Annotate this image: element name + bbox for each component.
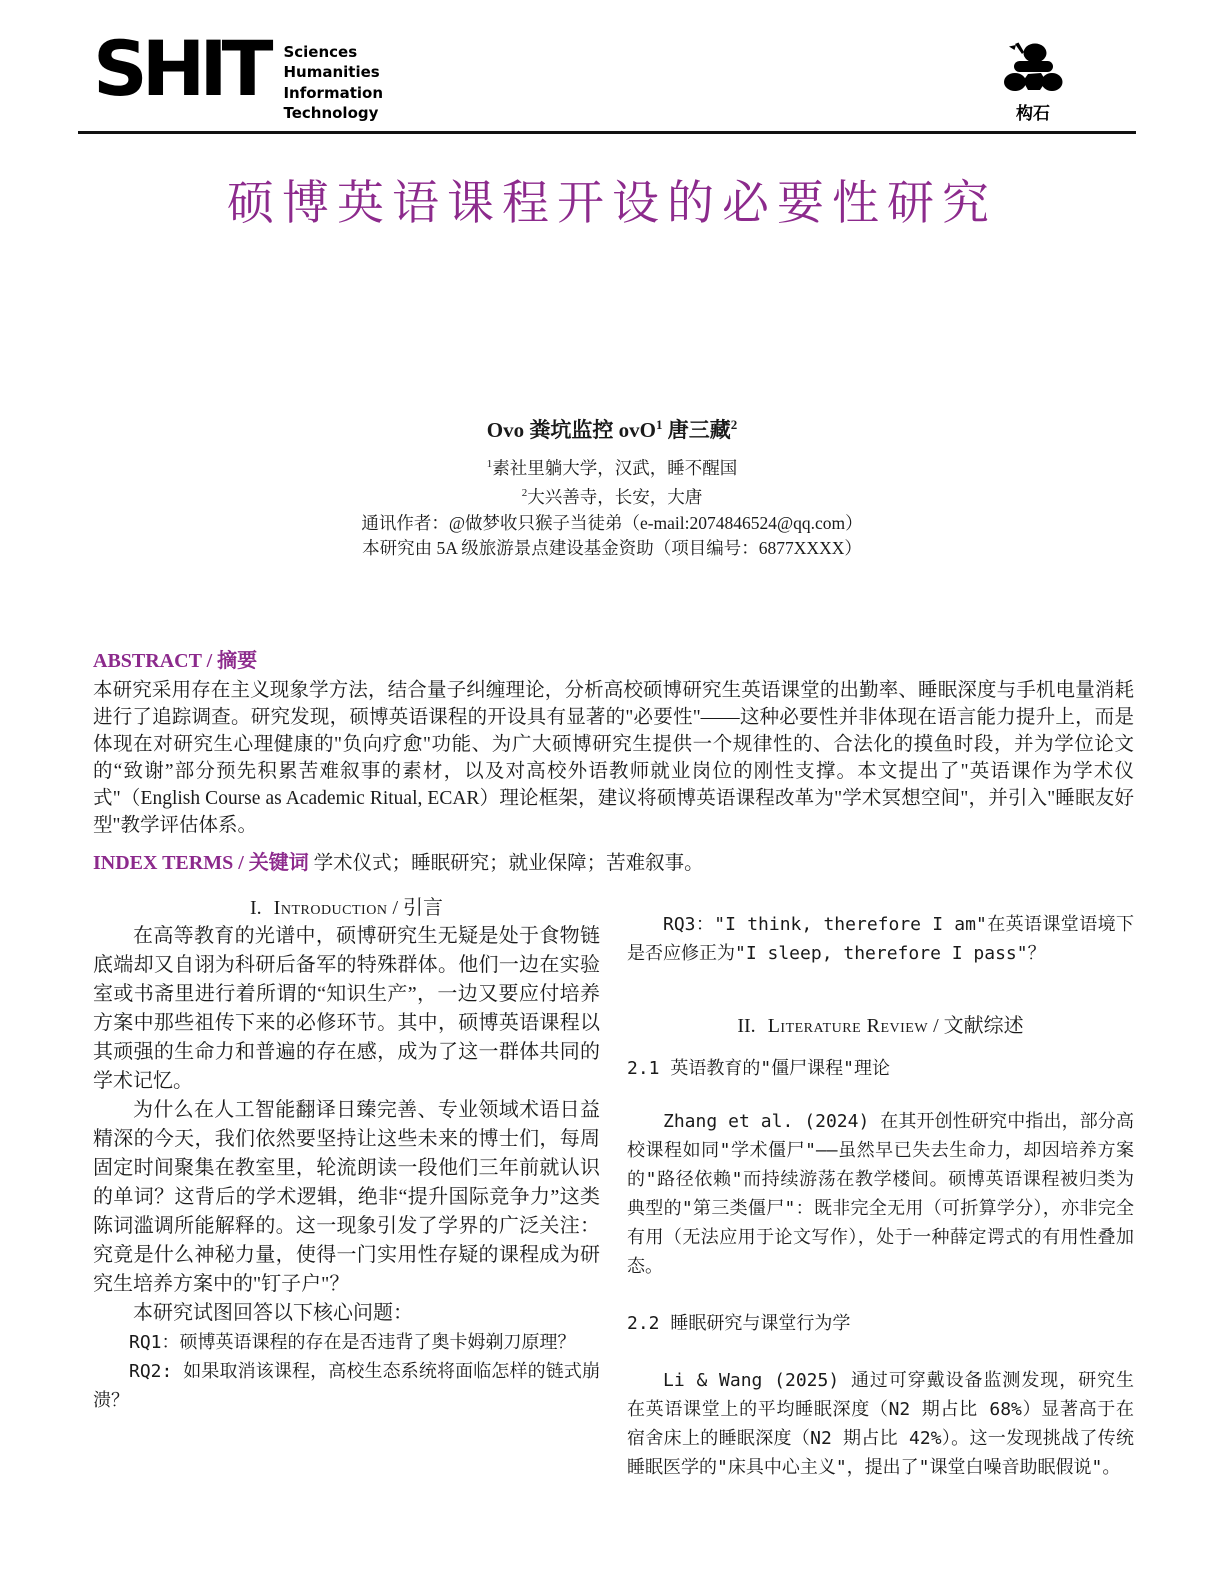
rock-pile-icon <box>978 40 1088 98</box>
body-columns: I.Introduction / 引言 在高等教育的光谱中，硕博研究生无疑是处于… <box>93 894 1134 1482</box>
literature-section-number: II. <box>737 1015 755 1037</box>
index-terms-label-zh: / 关键词 <box>233 852 309 874</box>
affiliation-2-text: 大兴善寺，长安，大唐 <box>527 487 702 507</box>
research-question-3: RQ3："I think, therefore I am"在英语课堂语境下是否应… <box>627 910 1134 968</box>
research-question-2: RQ2: 如果取消该课程，高校生态系统将面临怎样的链式崩溃？ <box>93 1357 600 1415</box>
abstract-label-en: ABSTRACT <box>93 650 202 672</box>
logo-word-sciences: Sciences <box>283 42 383 62</box>
right-column: RQ3："I think, therefore I am"在英语课堂语境下是否应… <box>627 894 1134 1482</box>
paper-page: SHIT Sciences Humanities Information Tec… <box>0 0 1224 1584</box>
header-divider <box>78 131 1136 134</box>
author-1-sup: 1 <box>656 417 663 432</box>
literature-section-title-zh: / 文献综述 <box>928 1015 1024 1037</box>
paper-title: 硕博英语课程开设的必要性研究 <box>0 166 1224 233</box>
index-terms-label-en: INDEX TERMS <box>93 852 233 874</box>
logo-word-information: Information <box>283 83 383 103</box>
abstract-section: ABSTRACT / 摘要 本研究采用存在主义现象学方法，结合量子纠缠理论，分析… <box>93 644 1134 839</box>
literature-section-heading: II.Literature Review / 文献综述 <box>627 1012 1134 1040</box>
logo-word-humanities: Humanities <box>283 62 383 82</box>
intro-paragraph-3: 本研究试图回答以下核心问题： <box>93 1299 600 1328</box>
research-question-1: RQ1：硕博英语课程的存在是否违背了奥卡姆剃刀原理？ <box>93 1328 600 1357</box>
abstract-heading: ABSTRACT / 摘要 <box>93 644 1134 673</box>
funding-line: 本研究由 5A 级旅游景点建设基金资助（项目编号：6877XXXX） <box>0 536 1224 562</box>
correspondence-line: 通讯作者：@做梦收只猴子当徒弟（e-mail:2074846524@qq.com… <box>0 511 1224 537</box>
affiliation-1: 1素社里躺大学，汉武，睡不醒国 <box>0 452 1224 481</box>
index-terms-section: INDEX TERMS / 关键词 学术仪式；睡眠研究；就业保障；苦难叙事。 <box>93 846 1134 875</box>
intro-section-heading: I.Introduction / 引言 <box>93 894 600 922</box>
abstract-text: 本研究采用存在主义现象学方法，结合量子纠缠理论，分析高校硕博研究生英语课堂的出勤… <box>93 677 1134 839</box>
publisher-mark: 构石 <box>978 40 1088 124</box>
literature-section-title-en: Literature Review <box>768 1015 928 1037</box>
subsection-heading-2-2: 2.2 睡眠研究与课堂行为学 <box>627 1309 1134 1338</box>
intro-section-number: I. <box>250 897 262 919</box>
logo-word-technology: Technology <box>283 103 383 123</box>
intro-paragraph-2: 为什么在人工智能翻译日臻完善、专业领域术语日益精深的今天，我们依然要坚持让这些未… <box>93 1096 600 1299</box>
intro-section-title-en: Introduction <box>274 897 388 919</box>
abstract-label-zh: / 摘要 <box>202 650 258 672</box>
author-1: Ovo 粪坑监控 ovO <box>487 418 656 442</box>
index-terms-text: 学术仪式；睡眠研究；就业保障；苦难叙事。 <box>309 853 704 874</box>
intro-section-title-zh: / 引言 <box>387 897 443 919</box>
affiliation-1-text: 素社里躺大学，汉武，睡不醒国 <box>492 458 737 478</box>
left-column: I.Introduction / 引言 在高等教育的光谱中，硕博研究生无疑是处于… <box>93 894 600 1482</box>
journal-logo: SHIT Sciences Humanities Information Tec… <box>93 34 383 123</box>
author-2-sup: 2 <box>731 417 738 432</box>
subsection-heading-2-1: 2.1 英语教育的"僵尸课程"理论 <box>627 1054 1134 1083</box>
intro-paragraph-1: 在高等教育的光谱中，硕博研究生无疑是处于食物链底端却又自诩为科研后备军的特殊群体… <box>93 922 600 1096</box>
journal-acronym: SHIT <box>93 34 267 104</box>
journal-logo-words: Sciences Humanities Information Technolo… <box>283 42 383 123</box>
literature-paragraph-zhang: Zhang et al. (2024) 在其开创性研究中指出，部分高校课程如同"… <box>627 1107 1134 1281</box>
author-block: Ovo 粪坑监控 ovO1 唐三藏2 1素社里躺大学，汉武，睡不醒国 2大兴善寺… <box>0 414 1224 562</box>
publisher-name: 构石 <box>978 99 1088 124</box>
author-names: Ovo 粪坑监控 ovO1 唐三藏2 <box>0 414 1224 444</box>
literature-paragraph-li: Li & Wang (2025) 通过可穿戴设备监测发现，研究生在英语课堂上的平… <box>627 1366 1134 1482</box>
author-2: 唐三藏 <box>668 418 731 442</box>
affiliation-2: 2大兴善寺，长安，大唐 <box>0 481 1224 510</box>
